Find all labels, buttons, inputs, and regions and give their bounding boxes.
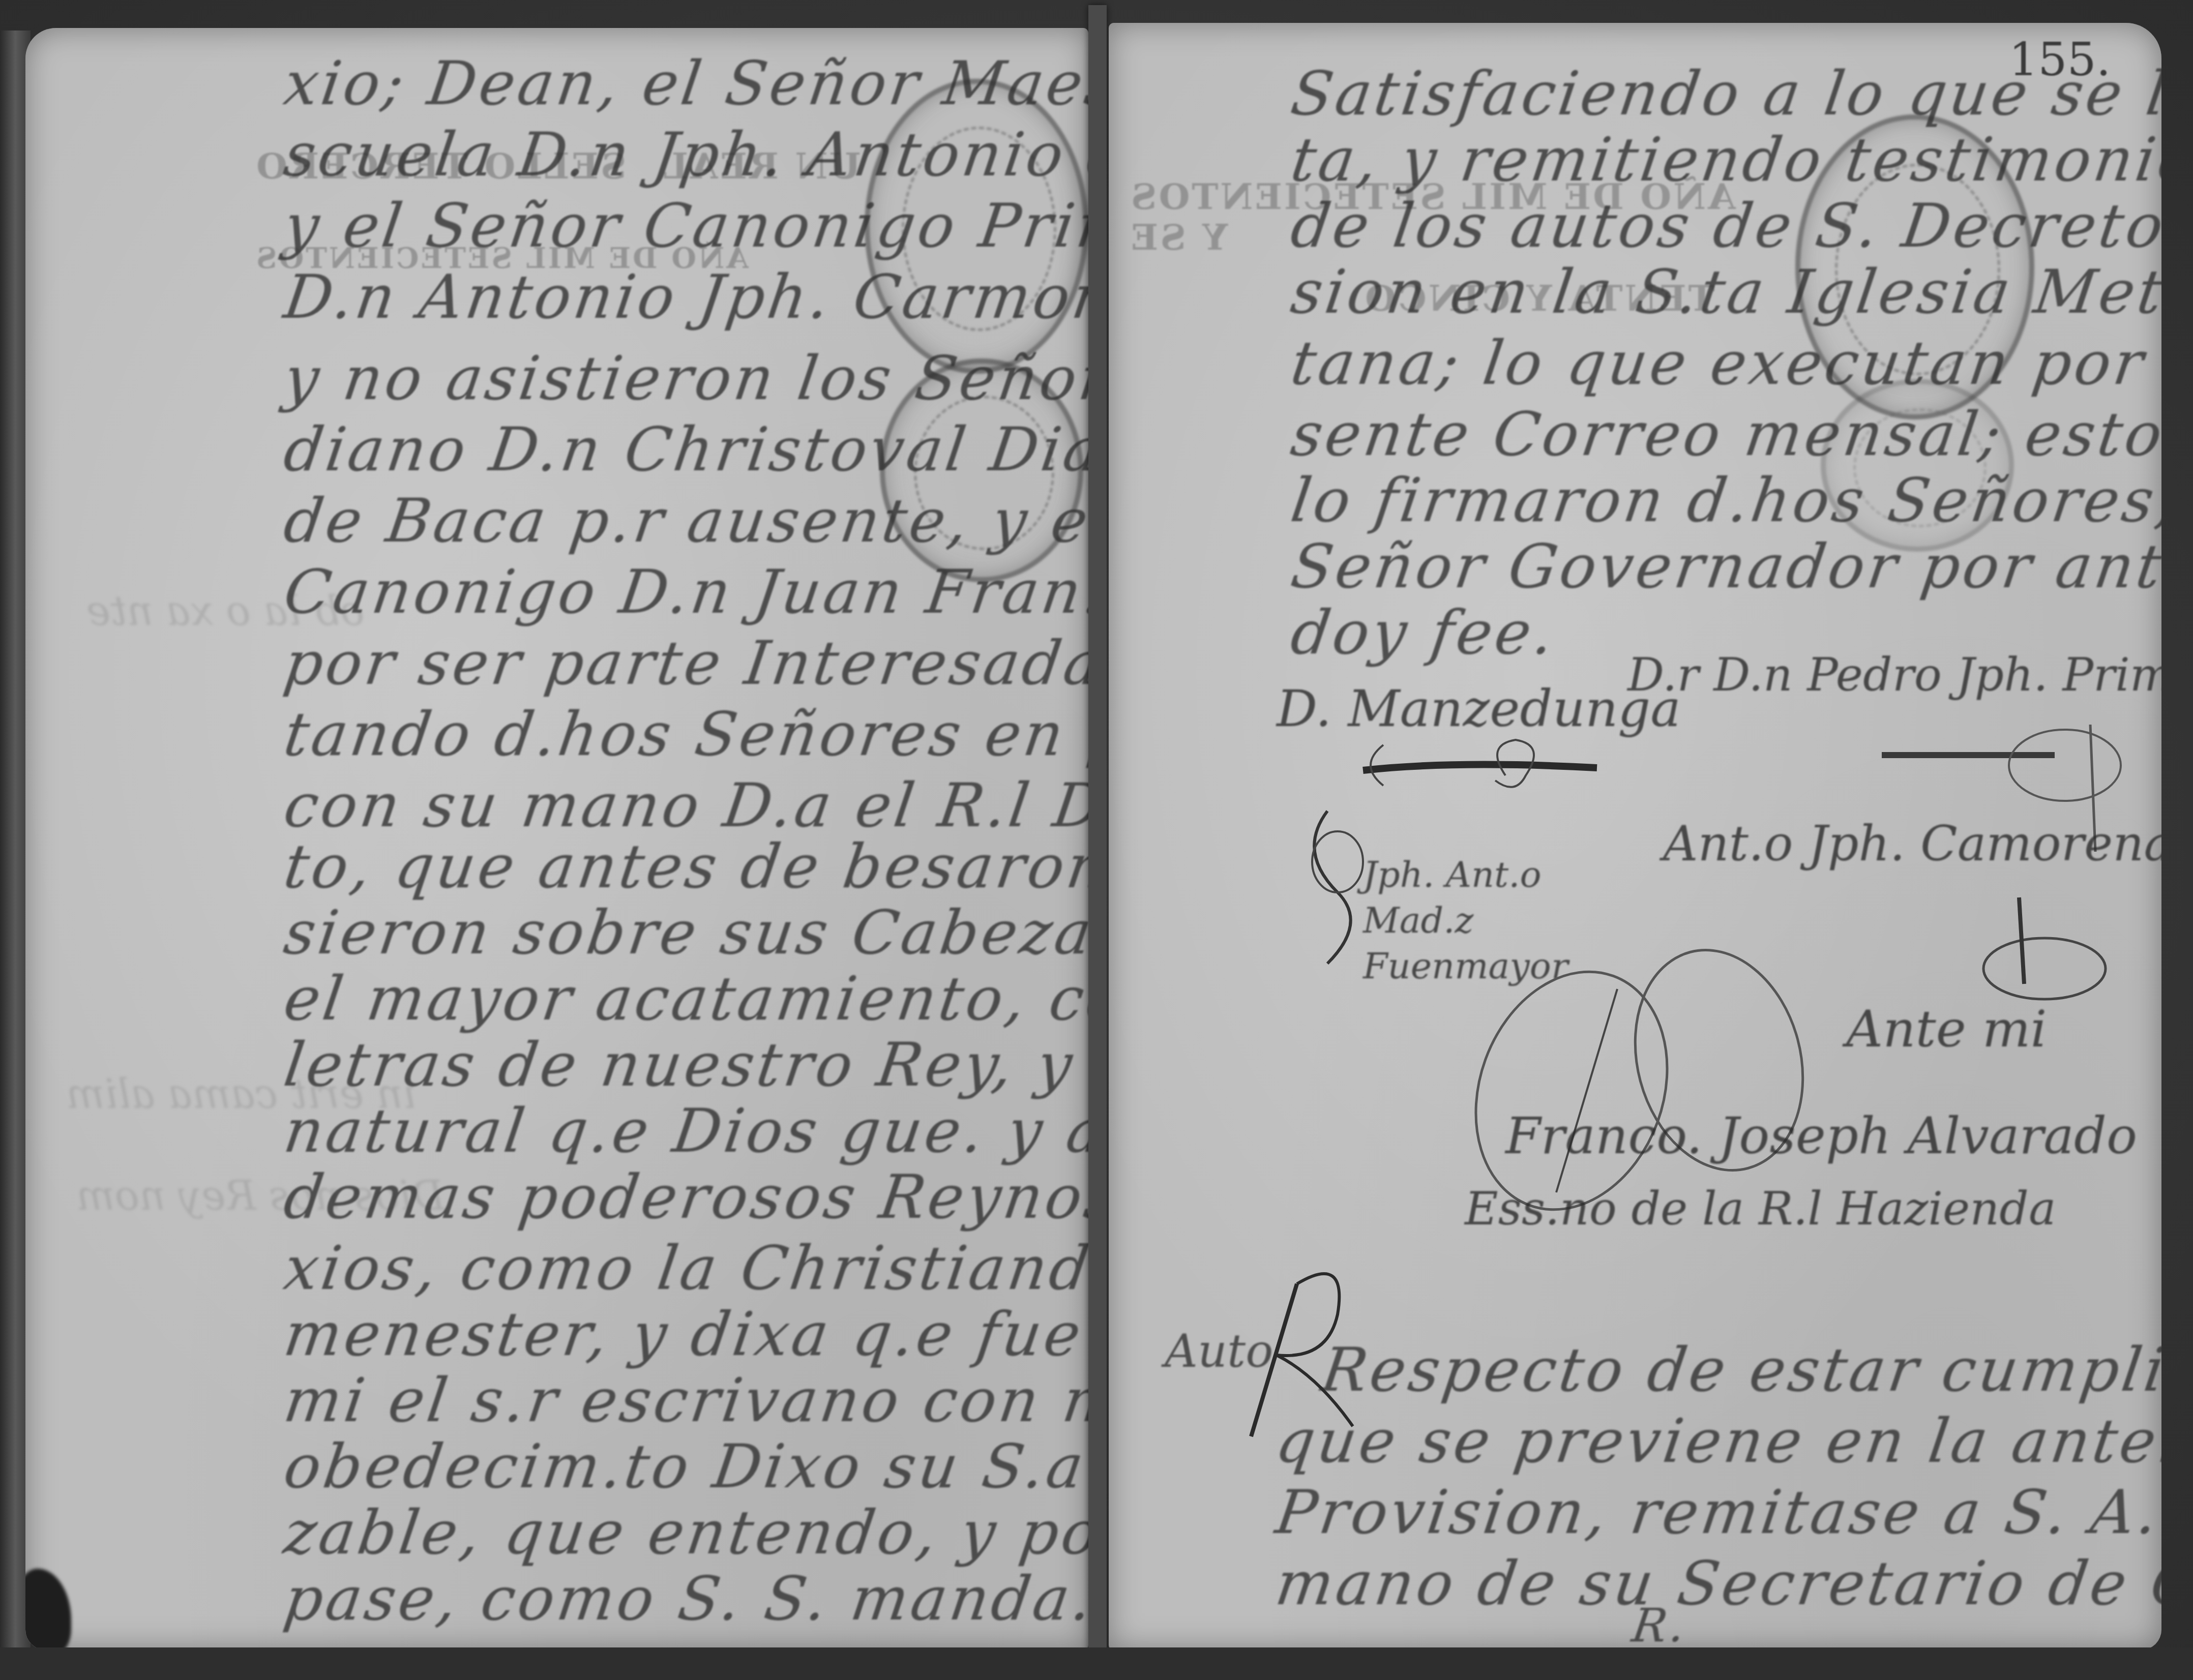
manuscript-line: por ser parte Interesada; y es [280,628,1088,698]
manuscript-line: xio; Dean, el Señor Maestre e [280,48,1088,118]
stamp-bleed-line: Y SE [1129,216,1228,258]
manuscript-line: obedecim.to Dixo su S.a Ilm [280,1431,1088,1502]
manuscript-line: mi el s.r escrivano con n.ro enre [280,1365,1088,1435]
manuscript-line: letras de nuestro Rey, y Señor [280,1030,1088,1100]
manuscript-line: Provision, remitase a S. A. por [1271,1477,2161,1547]
manuscript-line: ta, y remitiendo testimonios [1287,125,2161,195]
manuscript-line: demas poderosos Reynos, y Se [280,1162,1088,1232]
manuscript-line: scuela D.n Jph. Antonio de [280,119,1088,190]
ink-stain [25,1569,71,1650]
manuscript-line: Señor Governador por ante mi [1287,531,2161,602]
manuscript-line: Satisfaciendo a lo que se le pregun [1287,58,2161,129]
manuscript-line: de los autos de S. Decreto Provi [1287,191,2161,261]
manuscript-line: pase, como S. S. manda. [280,1564,1088,1634]
manuscript-line: D.n Antonio Jph. Carmona, de [280,262,1088,332]
signature-rubric [1353,725,1607,801]
right-page: 155. AÑO DE MIL SETECIENTOS Y SE TENTA Y… [1109,23,2161,1650]
signature: Franco. Joseph Alvarado [1505,1106,2137,1165]
manuscript-line: Canonigo D.n Juan Fran.co Vilches [280,557,1088,627]
signature: Ant.o Jph. Camorenate [1663,816,2161,872]
scan-bottom-edge [0,1647,2193,1680]
signature-rubric [1968,882,2121,1014]
manuscript-line: Respecto de estar cumplido, lo [1317,1335,2161,1405]
manuscript-line: sente Correo mensal; esto Dixo y [1287,399,2161,469]
manuscript-line: y no asistieron los Señores Arce [280,343,1088,413]
manuscript-line: mano de su Secretario de Camara [1271,1548,2161,1618]
manuscript-line: zable, que entendo, y por todo [280,1497,1088,1568]
manuscript-line: tando d.hos Señores en pie cogieron [280,699,1088,769]
manuscript-line: diano D.n Christoval Diaz de [280,414,1088,485]
manuscript-line: doy fee. [1287,597,1561,668]
manuscript-line: sion en la S.ta Iglesia Metropoli [1287,257,2161,327]
manuscript-line: lo firmaron d.hos Señores, con el [1287,465,2161,535]
manuscript-line: el mayor acatamiento, como [280,964,1088,1034]
signature: Ess.no de la R.l Hazienda [1465,1182,2056,1236]
manuscript-line: menester, y dixa q.e fue por [280,1299,1088,1369]
manuscript-line: natural q.e Dios gue. y aum.te [280,1096,1088,1166]
book-gutter [1088,5,1107,1673]
manuscript-line: con su mano D.a el R.l Decre [280,770,1088,841]
manuscript-line: tana; lo que executan por el pre [1287,328,2161,398]
manuscript-line: xios, como la Christiandad ha [280,1233,1088,1303]
manuscript-line: y el Señor Canonigo Primer [280,191,1088,261]
left-page: SELLO TERCERO UN REAL AÑO DE MIL SETECIE… [25,28,1088,1650]
manuscript-line: to, que antes de besaron, y pu [280,831,1088,902]
manuscript-line: R. [1629,1599,1692,1650]
manuscript-line: sieron sobre sus Cabezas, con [280,897,1088,968]
signature: D.r D.n Pedro Jph. Primoren [1627,648,2161,702]
manuscript-line: de Baca p.r ausente, y el Señor [280,486,1088,556]
manuscript-line: que se previene en la anterior R.l [1271,1406,2161,1476]
